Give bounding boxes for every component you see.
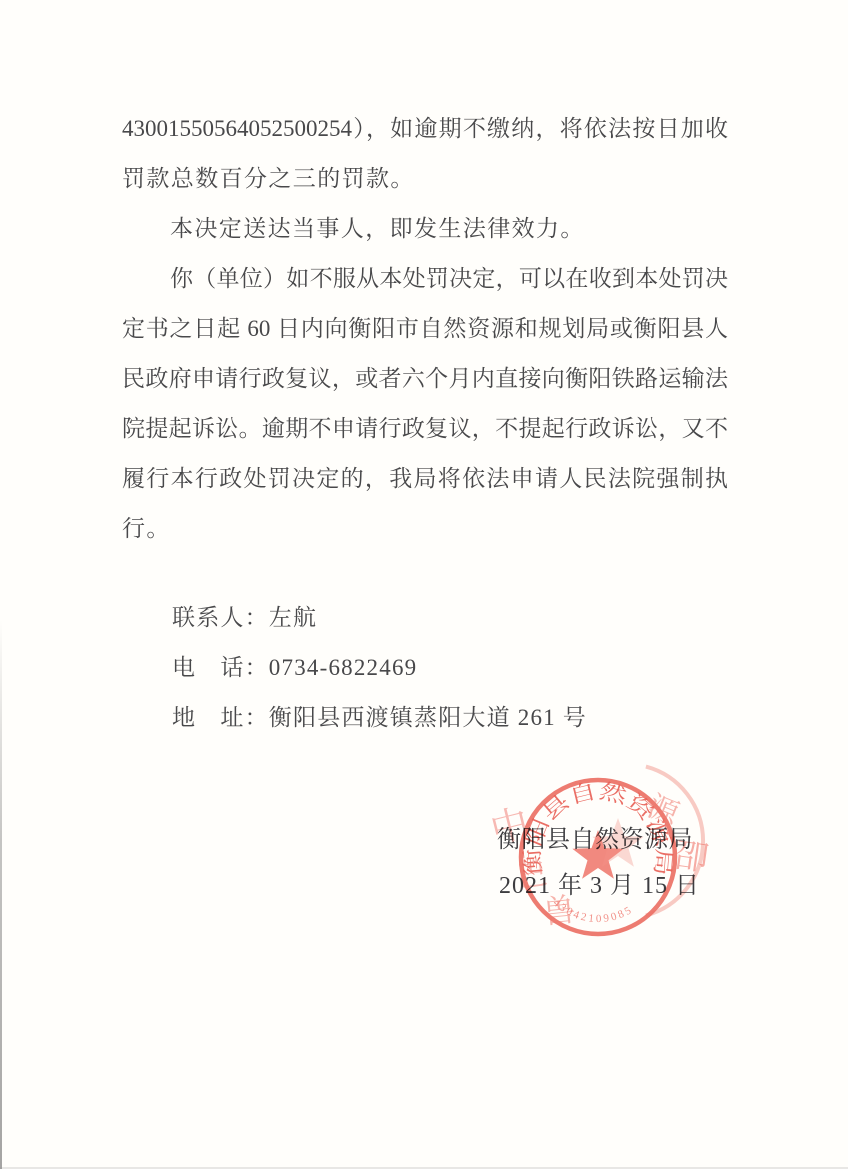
body-line: 民政府申请行政复议，或者六个月内直接向衡阳铁路运输法 bbox=[122, 354, 728, 404]
contact-person: 联系人：左航 bbox=[172, 593, 587, 643]
body-line: 行。 bbox=[122, 504, 728, 554]
body-line: 43001550564052500254），如逾期不缴纳，将依法按日加收 bbox=[122, 104, 728, 154]
seal-ghost-mark: 卲 bbox=[672, 837, 711, 878]
body-line: 履行本行政处罚决定的，我局将依法申请人民法院强制执 bbox=[122, 454, 728, 504]
official-seal: 衡阳县自然资源局 43042109085 中 巴 源 卲 兽 bbox=[477, 736, 719, 978]
seal-ghost-mark: 巴 bbox=[515, 858, 549, 895]
body-line: 罚款总数百分之三的罚款。 bbox=[122, 154, 728, 204]
contact-block: 联系人：左航 电 话：0734-6822469 地 址：衡阳县西渡镇蒸阳大道 2… bbox=[172, 593, 587, 743]
document-page: 43001550564052500254），如逾期不缴纳，将依法按日加收 罚款总… bbox=[0, 0, 848, 1169]
body-line: 定书之日起 60 日内向衡阳市自然资源和规划局或衡阳县人 bbox=[122, 304, 728, 354]
document-body: 43001550564052500254），如逾期不缴纳，将依法按日加收 罚款总… bbox=[122, 104, 728, 554]
seal-ghost-mark: 中 bbox=[486, 802, 533, 852]
body-line: 你（单位）如不服从本处罚决定，可以在收到本处罚决 bbox=[122, 254, 728, 304]
scan-edge-line bbox=[0, 620, 2, 1169]
contact-phone: 电 话：0734-6822469 bbox=[172, 643, 587, 693]
body-line: 院提起诉讼。逾期不申请行政复议，不提起行政诉讼，又不 bbox=[122, 404, 728, 454]
body-line: 本决定送达当事人，即发生法律效力。 bbox=[122, 204, 728, 254]
seal-ghost-mark: 兽 bbox=[542, 891, 578, 930]
